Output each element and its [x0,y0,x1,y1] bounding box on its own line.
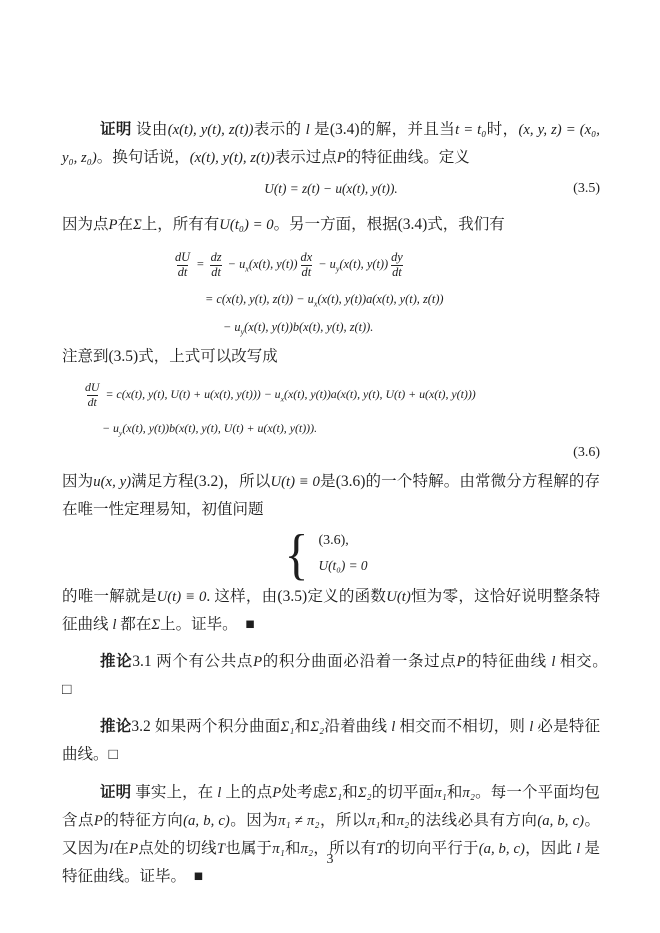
initial-value-problem-system: { (3.6), U(t₀) = 0 [52,528,600,579]
fraction: dydt [390,251,404,280]
proof-2-paragraph: 证明 事实上，在 l 上的点P处考虑Σ₁和Σ₂的切平面π₁和π₂。每一个平面均包… [62,779,600,891]
text-run: (3.6), [318,533,348,548]
math-run: = c(x(t), y(t), z(t)) − u [205,292,314,306]
text-run: 的切平面 [372,784,435,801]
math-run: u(x, y) [93,474,131,490]
math-run: U(t) = z(t) − u(x(t), y(t)). [264,181,398,196]
page-number: 3 [0,852,660,868]
math-run: π₁ [434,785,447,801]
paragraph-4: 因为u(x, y)满足方程(3.2)，所以U(t) ≡ 0是(3.6)的一个特解… [62,468,600,524]
text-run: 表示的 [253,121,305,138]
math-run: π₂ [397,813,410,829]
text-run: 事实上，在 [131,784,217,801]
text-run: 处考虑 [281,784,328,801]
corollary-3-1: 推论3.1 两个有公共点P的积分曲面必沿着一条过点P的特征曲线 l 相交。 □ [62,648,600,704]
math-run: t = t₀ [455,122,486,138]
proof-1-paragraph: 证明 设由(x(t), y(t), z(t))表示的 l 是(3.4)的解，并且… [62,116,600,172]
text-run: 在 [118,216,134,233]
text-run: 上，所有有 [142,216,220,233]
text-run: 相交而不相切，则 [395,718,529,735]
math-run: − u [225,257,246,271]
fraction: dUdt [174,251,191,280]
math-run: (x(t), y(t), z(t)) [168,122,254,138]
system-line-1: (3.6), [318,528,348,553]
math-run: Σ₂ [358,785,372,801]
left-brace-glyph: { [284,526,308,582]
text-run: 上。证毕。 ■ [160,616,255,633]
math-run: (x(t), y(t))b(x(t), y(t), z(t)). [244,320,373,334]
fraction: dzdt [210,251,223,280]
text-run: 3.2 如果两个积分曲面 [131,718,280,735]
text-run: 的特征曲线。定义 [346,149,470,166]
text-run: 3.1 两个有公共点 [132,653,253,670]
math-run: − u [315,257,336,271]
fraction: dUdt [84,381,101,409]
math-run: P [272,785,281,801]
math-run: U(t₀) = 0 [219,217,273,233]
math-run: Σ [151,617,160,633]
equation-3-5-label: (3.5) [573,176,600,202]
math-run: − u [223,320,241,334]
text-run: 设由 [132,121,168,138]
math-run: U(t₀) = 0 [318,558,367,573]
bold-run: 推论 [100,718,131,735]
derivative-equation-block: dUdt = dzdt − ux(x(t), y(t))dxdt − uy(x(… [62,243,600,341]
math-run: Σ₂ [310,719,324,735]
text-run: 。换句话说， [97,149,190,166]
math-run: (a, b, c) [537,813,584,829]
text-run: 注意到(3.5)式，上式可以改写成 [62,348,278,365]
bold-run: 推论 [100,653,132,670]
text-run: 因为 [62,473,93,490]
text-run: 和 [294,718,310,735]
math-run: (x(t), y(t))b(x(t), y(t), U(t) + u(x(t),… [122,421,317,435]
text-run: 的法线必具有方向 [409,812,537,829]
text-run: 的积分曲面必沿着一条过点 [262,653,456,670]
math-run: (x(t), y(t))a(x(t), y(t), z(t)) [317,292,443,306]
text-run: 时， [486,121,518,138]
math-run: (x(t), y(t), z(t)) [190,150,275,166]
math-run: P [94,813,103,829]
math-run: − u [102,421,119,435]
math-run: (a, b, c) [183,813,230,829]
page-content: 证明 设由(x(t), y(t), z(t))表示的 l 是(3.4)的解，并且… [62,116,600,891]
scanned-paper-page: 证明 设由(x(t), y(t), z(t))表示的 l 是(3.4)的解，并且… [0,0,660,933]
math-run: P [337,150,346,166]
text-run: 是(3.4)的解，并且当 [310,121,455,138]
math-run: P [253,654,262,670]
math-run: π₁ [368,813,381,829]
equation-3-6-block: dUdt = c(x(t), y(t), U(t) + u(x(t), y(t)… [62,373,600,442]
paragraph-5: 的唯一解就是U(t) ≡ 0. 这样，由(3.5)定义的函数U(t)恒为零，这恰… [62,583,600,639]
math-run: (x(t), y(t))a(x(t), y(t), U(t) + u(x(t),… [284,387,476,401]
math-run: P [109,217,118,233]
math-run: π₂ [463,785,476,801]
derivative-equation-line-2: = c(x(t), y(t), z(t)) − ux(x(t), y(t))a(… [205,285,600,313]
system-lines: (3.6), U(t₀) = 0 [318,528,367,579]
text-run: 和 [447,784,463,801]
math-run: Σ₁ [281,719,295,735]
math-run: = [193,257,208,271]
math-run: (x(t), y(t)) [249,257,298,271]
text-run: . 这样，由(3.5)定义的函数 [206,588,386,605]
math-run: U(t) ≡ 0 [270,474,319,490]
text-run: 都在 [116,616,151,633]
text-run: 因为点 [62,216,109,233]
text-run: ，所以 [320,812,368,829]
derivative-equation-line-1: dUdt = dzdt − ux(x(t), y(t))dxdt − uy(x(… [172,243,600,285]
corollary-3-2: 推论3.2 如果两个积分曲面Σ₁和Σ₂沿着曲线 l 相交而不相切，则 l 必是特… [62,713,600,769]
derivative-equation-line-3: − uy(x(t), y(t))b(x(t), y(t), z(t)). [223,313,600,341]
equation-3-5-row: U(t) = z(t) − u(x(t), y(t)). (3.5) [62,176,600,203]
math-run: π₁ ≠ π₂ [278,813,319,829]
paragraph-3: 注意到(3.5)式，上式可以改写成 [62,343,600,371]
system-line-2: U(t₀) = 0 [318,553,367,579]
text-run: 表示过点 [275,149,337,166]
text-run: 的特征方向 [103,812,183,829]
math-run: U(t) [386,589,411,605]
equation-3-6-line-1: dUdt = c(x(t), y(t), U(t) + u(x(t), y(t)… [82,373,600,415]
math-run: (x(t), y(t)) [339,257,388,271]
bold-run: 证明 [100,784,131,801]
text-run: 的特征曲线 [465,653,551,670]
equation-3-6-line-2: − uy(x(t), y(t))b(x(t), y(t), U(t) + u(x… [102,415,600,442]
text-run: 和 [380,812,396,829]
text-run: 和 [342,784,358,801]
math-run: Σ [133,217,142,233]
paragraph-2: 因为点P在Σ上，所有有U(t₀) = 0。另一方面，根据(3.4)式，我们有 [62,211,600,239]
math-run: = c(x(t), y(t), U(t) + u(x(t), y(t))) − … [103,387,281,401]
text-run: 沿着曲线 [324,718,391,735]
text-run: 。另一方面，根据(3.4)式，我们有 [274,216,505,233]
text-run: 。因为 [230,812,278,829]
math-run: U(t) ≡ 0 [157,589,207,605]
bold-run: 证明 [100,121,132,138]
text-run: 的唯一解就是 [62,588,157,605]
equation-3-5-body: U(t) = z(t) − u(x(t), y(t)). [264,182,398,197]
math-run: Σ₁ [328,785,342,801]
equation-3-6-label: (3.6) [62,442,600,464]
fraction: dxdt [300,251,314,280]
text-run: 满足方程(3.2)，所以 [131,473,270,490]
text-run: 上的点 [221,784,272,801]
